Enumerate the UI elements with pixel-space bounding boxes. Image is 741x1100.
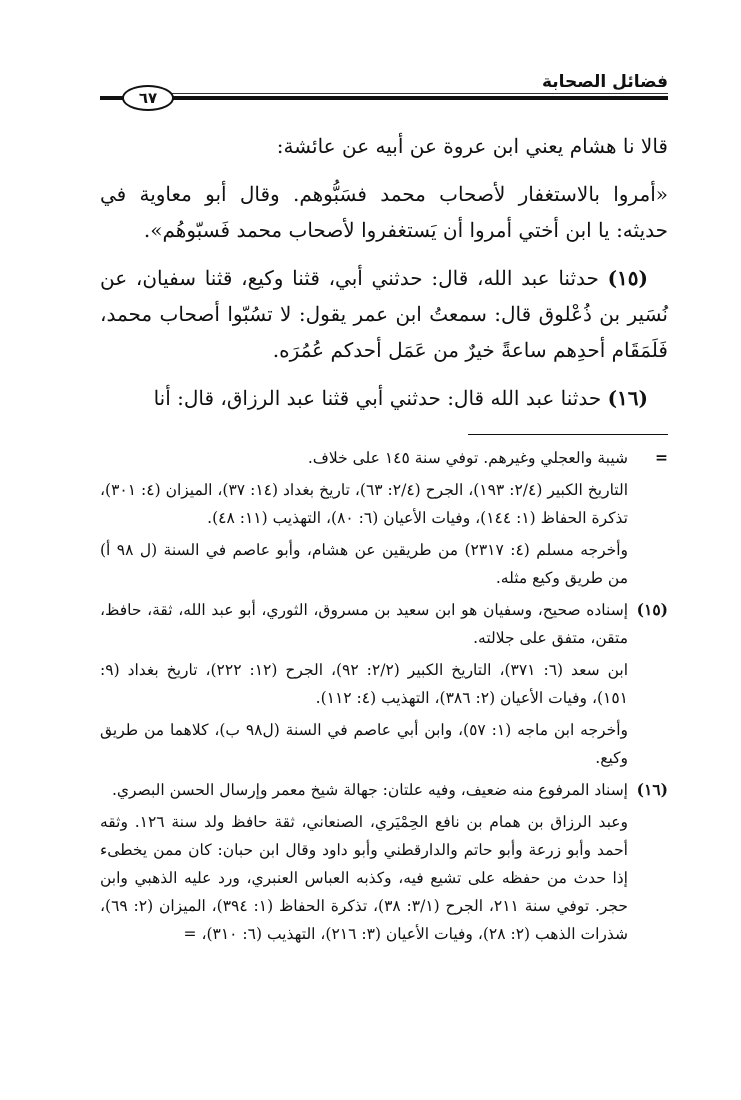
paragraph-text: حدثنا عبد الله قال: حدثني أبي قثنا عبد ا… — [154, 386, 602, 410]
footnote-marker: (١٦) — [628, 776, 668, 948]
footnote-continuation: = شيبة والعجلي وغيرهم. توفي سنة ١٤٥ على … — [100, 444, 668, 592]
footnote-marker: (١٥) — [628, 596, 668, 772]
footnote-paragraph: إسناده صحيح، وسفيان هو ابن سعيد بن مسروق… — [100, 596, 628, 652]
book-page: فضائل الصحابة ٦٧ قالا نا هشام يعني ابن ع… — [100, 0, 668, 1100]
footnote-paragraph: التاريخ الكبير (٢/٤: ١٩٣)، الجرح (٢/٤: ٦… — [100, 476, 628, 532]
footnote-body: شيبة والعجلي وغيرهم. توفي سنة ١٤٥ على خل… — [100, 444, 628, 592]
hadith-number: (١٥) — [608, 266, 648, 290]
main-paragraph: «أمروا بالاستغفار لأصحاب محمد فسَبُّوهم.… — [100, 176, 668, 248]
hadith-16: (١٦) حدثنا عبد الله قال: حدثني أبي قثنا … — [100, 380, 668, 416]
paragraph-text: حدثنا عبد الله، قال: حدثني أبي، قثنا وكي… — [100, 266, 668, 362]
running-header: فضائل الصحابة ٦٧ — [100, 72, 668, 112]
header-rule-thin — [160, 93, 668, 94]
paragraph-text: قالا نا هشام يعني ابن عروة عن أبيه عن عا… — [277, 134, 668, 158]
footnote-paragraph: إسناد المرفوع منه ضعيف، وفيه علتان: جهال… — [100, 776, 628, 804]
hadith-15: (١٥) حدثنا عبد الله، قال: حدثني أبي، قثن… — [100, 260, 668, 368]
header-rule-thick — [100, 96, 668, 100]
main-paragraph: قالا نا هشام يعني ابن عروة عن أبيه عن عا… — [100, 128, 668, 164]
footnote-divider — [468, 434, 668, 435]
footnote-marker: = — [628, 444, 668, 592]
footnote-paragraph: وعبد الرزاق بن همام بن نافع الحِمْيَري، … — [100, 808, 628, 948]
paragraph-text: «أمروا بالاستغفار لأصحاب محمد فسَبُّوهم.… — [100, 182, 668, 242]
main-text: قالا نا هشام يعني ابن عروة عن أبيه عن عا… — [100, 128, 668, 416]
footnote-15: (١٥) إسناده صحيح، وسفيان هو ابن سعيد بن … — [100, 596, 668, 772]
footnote-body: إسناد المرفوع منه ضعيف، وفيه علتان: جهال… — [100, 776, 628, 948]
running-title: فضائل الصحابة — [542, 72, 668, 92]
hadith-number: (١٦) — [608, 386, 648, 410]
footnote-body: إسناده صحيح، وسفيان هو ابن سعيد بن مسروق… — [100, 596, 628, 772]
footnote-16: (١٦) إسناد المرفوع منه ضعيف، وفيه علتان:… — [100, 776, 668, 948]
page-number-badge: ٦٧ — [122, 85, 174, 111]
footnote-paragraph: ابن سعد (٦: ٣٧١)، التاريخ الكبير (٢/٢: ٩… — [100, 656, 628, 712]
footnotes: = شيبة والعجلي وغيرهم. توفي سنة ١٤٥ على … — [100, 444, 668, 952]
footnote-paragraph: وأخرجه مسلم (٤: ٢٣١٧) من طريقين عن هشام،… — [100, 536, 628, 592]
footnote-paragraph: شيبة والعجلي وغيرهم. توفي سنة ١٤٥ على خل… — [100, 444, 628, 472]
footnote-paragraph: وأخرجه ابن ماجه (١: ٥٧)، وابن أبي عاصم ف… — [100, 716, 628, 772]
